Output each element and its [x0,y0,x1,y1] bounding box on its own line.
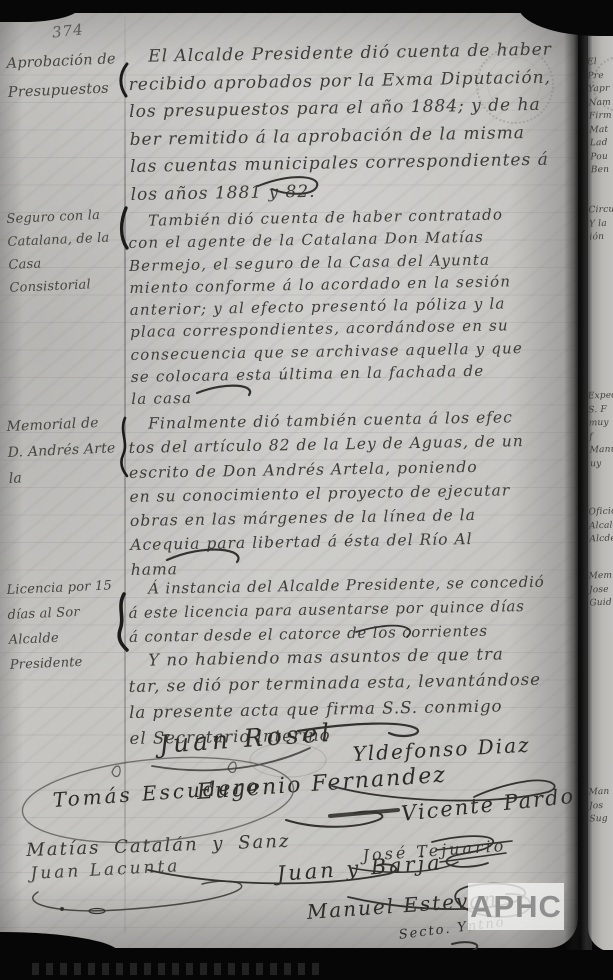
next-page-fragment: El Pre Yapr Nam Firm Mat Lad Pou Ben [587,56,613,178]
scanned-manuscript: 374 Aprobación de Presupuestos Seguro co… [0,0,613,980]
next-page-fragment: Exped S. F muy f Manuel uy [588,390,613,472]
next-page-fragment: Man Jos Sug [588,786,613,827]
scan-artifact-stripes [32,963,322,975]
margin-note-licencia: Licencia por 15 días al Sor Alcalde Pres… [6,573,128,678]
watermark-badge: APHC [468,883,564,930]
margin-note-presupuestos: Aprobación de Presupuestos [6,45,126,108]
next-page-fragment: Mem Jose Guid [588,570,613,611]
body-paragraph: También dió cuenta de haber contratado c… [128,202,577,410]
next-page-fragment: Circul Y la ión [588,204,613,245]
next-page-fragment: Oficio Alcald Alcde [588,506,613,547]
body-paragraph: Finalmente dió también cuenta á los efec… [128,404,577,582]
margin-note-seguro: Seguro con la Catalana, de la Casa Consi… [6,203,128,300]
body-paragraph: Á instancia del Alcalde Presidente, se c… [128,569,575,649]
book-gutter-shadow [564,0,592,980]
page-number: 374 [51,20,84,41]
margin-note-memorial: Memorial de D. Andrés Arte la [6,409,127,492]
